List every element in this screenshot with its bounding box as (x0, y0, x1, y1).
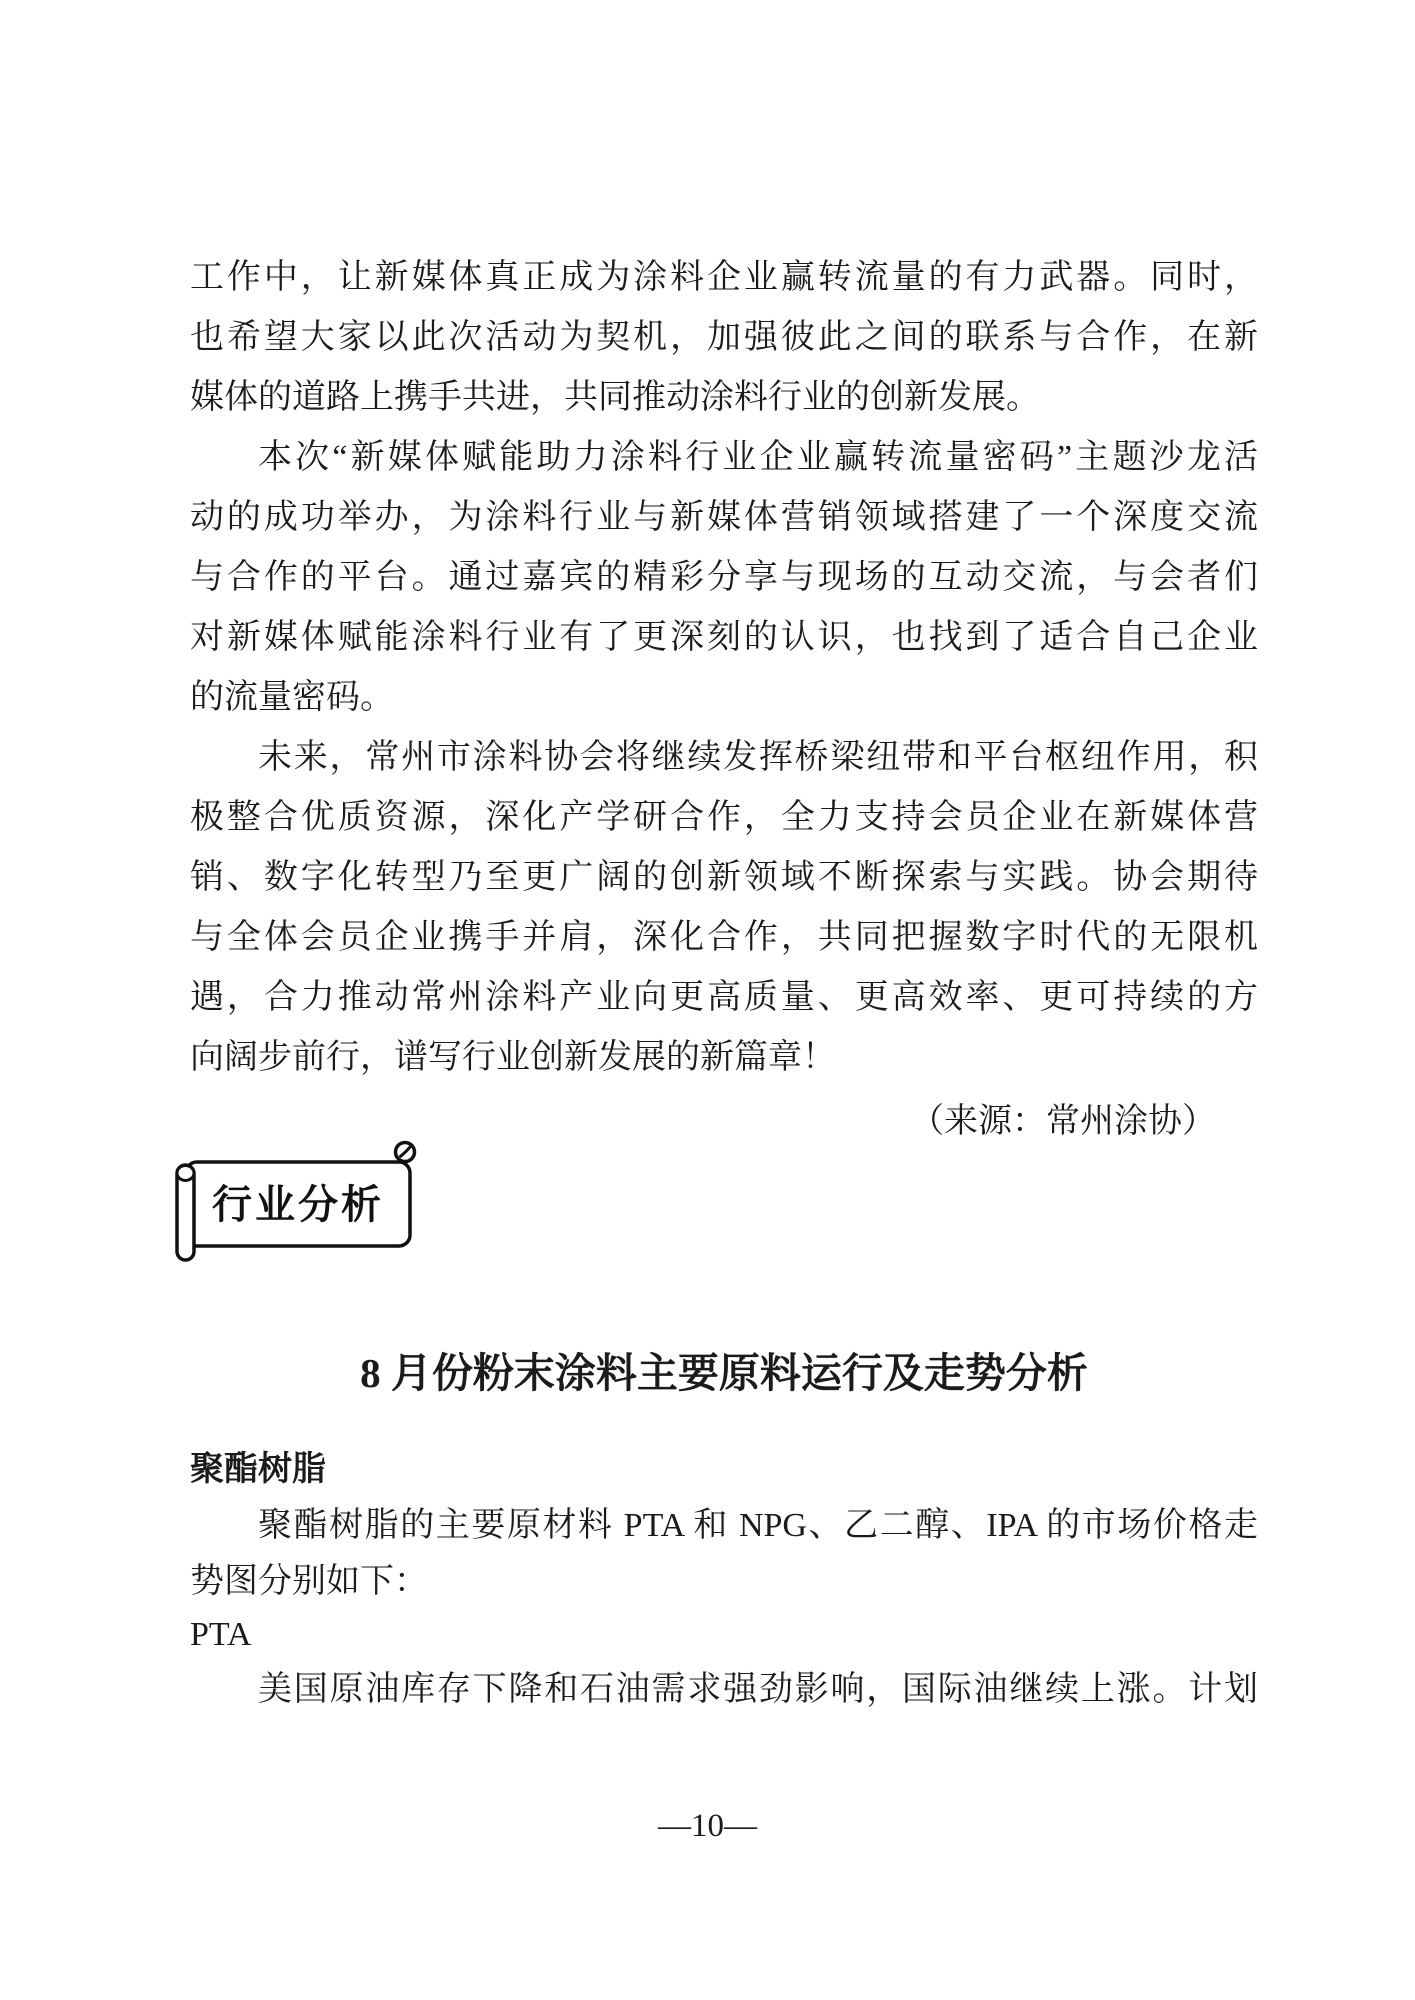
text-line: 的流量密码。 (190, 668, 1258, 728)
analysis-title: 8 月份粉末涂料主要原料运行及走势分析 (190, 1348, 1258, 1398)
text-line: 本次“新媒体赋能助力涂料行业企业赢转流量密码”主题沙龙活 (190, 428, 1258, 488)
text-line: 遇，合力推动常州涂料产业向更高质量、更高效率、更可持续的方 (190, 968, 1258, 1028)
text-line: 未来，常州市涂料协会将继续发挥桥梁纽带和平台枢纽作用，积 (190, 728, 1258, 788)
text-line: 向阔步前行，谱写行业创新发展的新篇章！ (190, 1028, 1258, 1088)
document-page: 工作中，让新媒体真正成为涂料企业赢转流量的有力武器。同时，也希望大家以此次活动为… (0, 0, 1415, 2000)
text-line: 也希望大家以此次活动为契机，加强彼此之间的联系与合作，在新 (190, 308, 1258, 368)
text-line: 聚酯树脂的主要原材料 PTA 和 NPG、乙二醇、IPA 的市场价格走 (190, 1498, 1258, 1554)
text-line: 动的成功举办，为涂料行业与新媒体营销领域搭建了一个深度交流 (190, 488, 1258, 548)
text-line: 美国原油库存下降和石油需求强劲影响，国际油继续上涨。计划 (190, 1662, 1258, 1718)
text-line: 与合作的平台。通过嘉宾的精彩分享与现场的互动交流，与会者们 (190, 548, 1258, 608)
article-body: 工作中，让新媒体真正成为涂料企业赢转流量的有力武器。同时，也希望大家以此次活动为… (190, 248, 1258, 1088)
section-banner-label: 行业分析 (186, 1163, 410, 1247)
text-line: 销、数字化转型乃至更广阔的创新领域不断探索与实践。协会期待 (190, 848, 1258, 908)
text-line: 工作中，让新媒体真正成为涂料企业赢转流量的有力武器。同时， (190, 248, 1258, 308)
page-number: —10— (0, 1804, 1415, 1848)
text-line: 极整合优质资源，深化产学研合作，全力支持会员企业在新媒体营 (190, 788, 1258, 848)
polyester-intro-paragraph: 聚酯树脂的主要原材料 PTA 和 NPG、乙二醇、IPA 的市场价格走势图分别如… (190, 1498, 1258, 1610)
text-line: 媒体的道路上携手共进，共同推动涂料行业的创新发展。 (190, 368, 1258, 428)
material-heading-pta: PTA (190, 1612, 1258, 1658)
text-line: 对新媒体赋能涂料行业有了更深刻的认识，也找到了适合自己企业 (190, 608, 1258, 668)
subsection-heading-polyester: 聚酯树脂 (190, 1448, 1258, 1492)
text-line: 势图分别如下： (190, 1554, 1258, 1610)
pta-paragraph: 美国原油库存下降和石油需求强劲影响，国际油继续上涨。计划 (190, 1662, 1258, 1718)
text-line: 与全体会员企业携手并肩，深化合作，共同把握数字时代的无限机 (190, 908, 1258, 968)
